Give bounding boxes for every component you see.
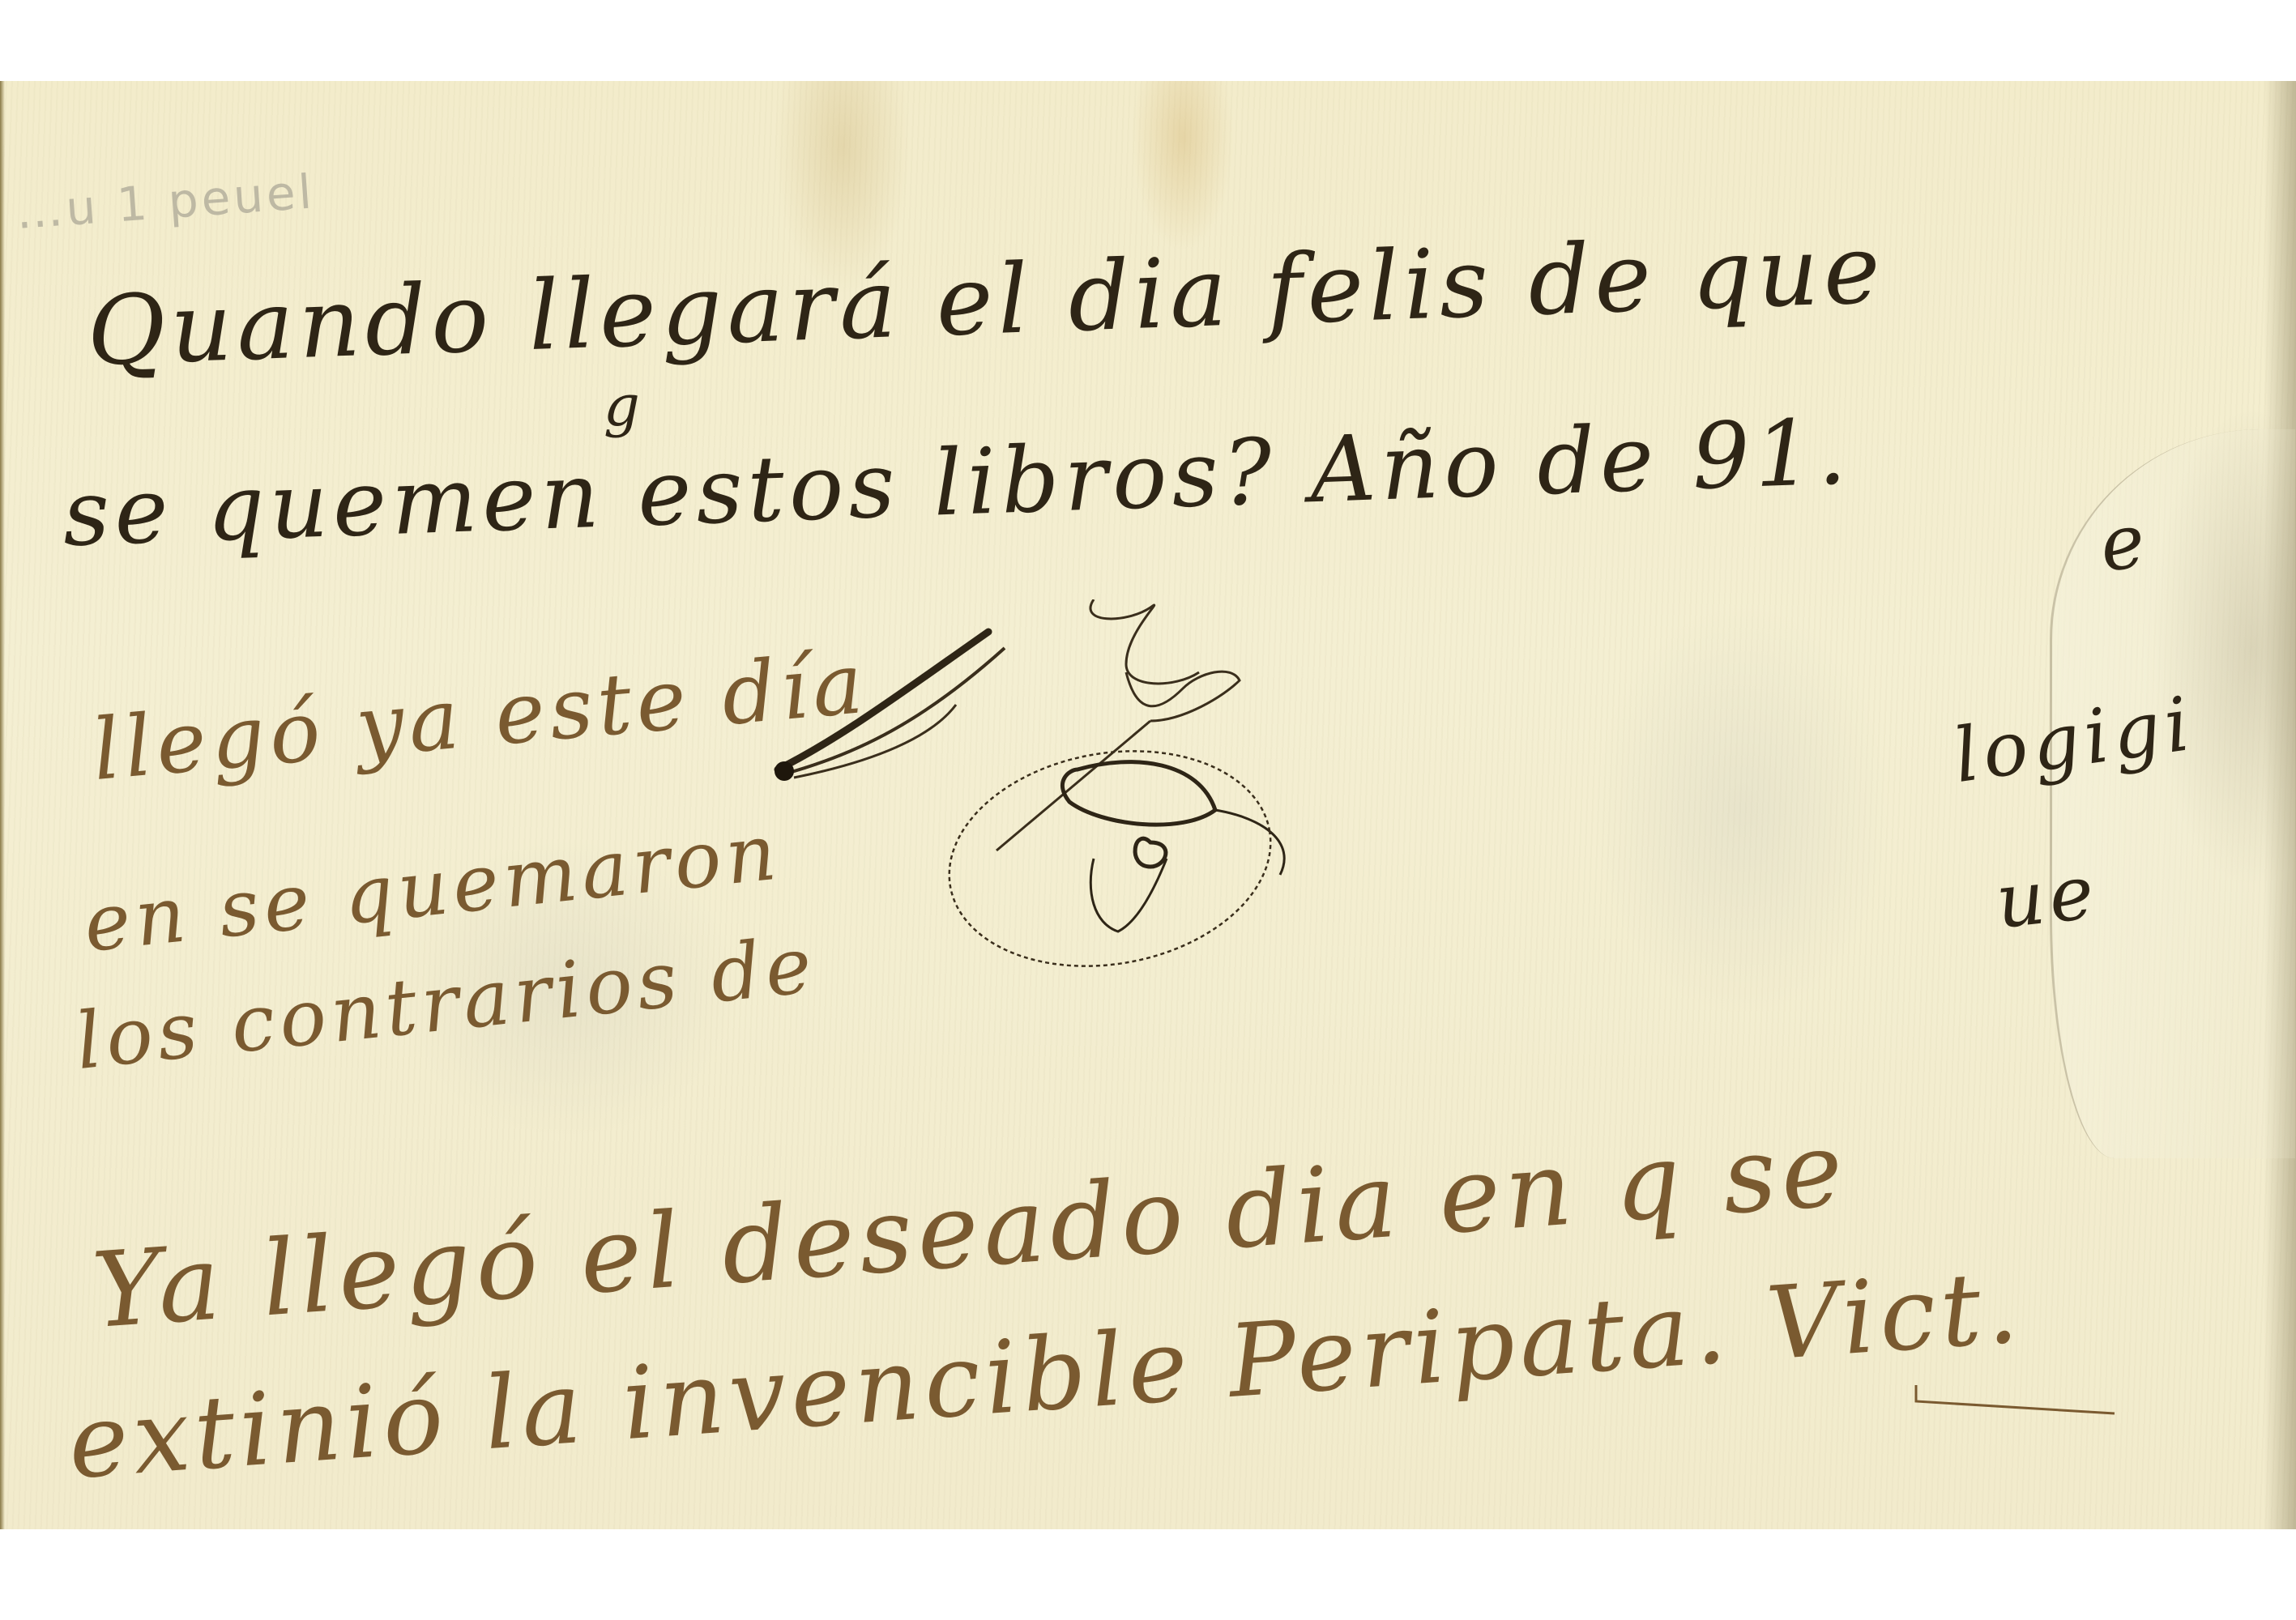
- manuscript-paper: …u 1 peuel Quando llegará el dia felis d…: [0, 81, 2296, 1529]
- faded-stamp: …u 1 peuel: [14, 164, 316, 240]
- underline-stroke-icon: [1912, 1377, 2123, 1426]
- main-text-line-2: se quemen estos libros? Año de 91.: [61, 399, 1852, 567]
- paper-left-edge: [0, 81, 5, 1529]
- torn-paper-patch: [2050, 429, 2295, 1158]
- interlinear-insertion: g: [604, 373, 645, 439]
- main-text-line-1: Quando llegará el dia felis de que: [85, 213, 1887, 387]
- right-fragment-line-2: ue: [1992, 848, 2102, 945]
- flourish-monogram-icon: [745, 599, 1329, 972]
